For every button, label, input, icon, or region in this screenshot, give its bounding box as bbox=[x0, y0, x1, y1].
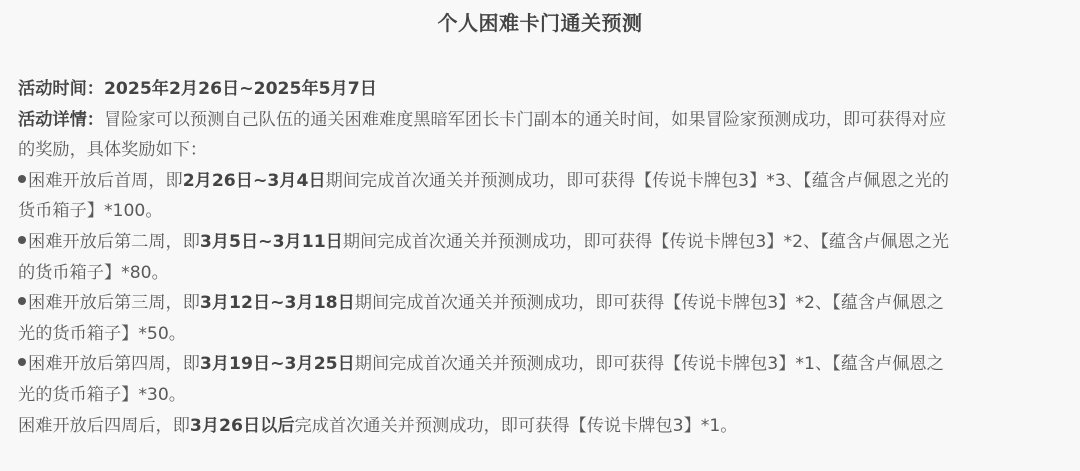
reward-item-cont: 光的货币箱子】*30。 bbox=[18, 380, 1062, 411]
reward-description: 期间完成首次通关并预测成功，即可获得【传说卡牌包3】*2、【蕴含卢佩恩之光 bbox=[343, 232, 949, 252]
final-reward-date: 3月26日以后 bbox=[190, 416, 295, 436]
reward-date-range: 3月19日~3月25日 bbox=[200, 354, 355, 374]
bullet-icon bbox=[18, 175, 26, 183]
reward-item: 困难开放后第二周，即3月5日~3月11日期间完成首次通关并预测成功，即可获得【传… bbox=[18, 227, 1062, 258]
activity-time-row: 活动时间：2025年2月26日~2025年5月7日 bbox=[18, 74, 1062, 105]
reward-item-cont: 光的货币箱子】*50。 bbox=[18, 319, 1062, 350]
activity-details-text: 冒险家可以预测自己队伍的通关困难难度黑暗军团长卡门副本的通关时间，如果冒险家预测… bbox=[104, 110, 946, 130]
reward-description: 期间完成首次通关并预测成功，即可获得【传说卡牌包3】*2、【蕴含卢佩恩之 bbox=[355, 293, 944, 313]
reward-description-cont: 货币箱子】*100。 bbox=[18, 201, 163, 221]
activity-time-value: 2025年2月26日~2025年5月7日 bbox=[104, 79, 377, 99]
reward-item: 困难开放后首周，即2月26日~3月4日期间完成首次通关并预测成功，即可获得【传说… bbox=[18, 166, 1062, 197]
reward-item-cont: 货币箱子】*100。 bbox=[18, 196, 1062, 227]
reward-description: 期间完成首次通关并预测成功，即可获得【传说卡牌包3】*1、【蕴含卢佩恩之 bbox=[355, 354, 944, 374]
reward-date-range: 3月12日~3月18日 bbox=[200, 293, 355, 313]
bullet-icon bbox=[18, 236, 26, 244]
announcement-page: 个人困难卡门通关预测 活动时间：2025年2月26日~2025年5月7日 活动详… bbox=[0, 0, 1080, 471]
final-reward-item: 困难开放后四周后，即3月26日以后完成首次通关并预测成功，即可获得【传说卡牌包3… bbox=[18, 411, 1062, 442]
activity-time-label: 活动时间： bbox=[18, 79, 104, 99]
reward-description-cont: 光的货币箱子】*50。 bbox=[18, 324, 186, 344]
activity-details-text-cont: 的奖励，具体奖励如下： bbox=[18, 140, 207, 160]
final-reward-description: 完成首次通关并预测成功，即可获得【传说卡牌包3】*1。 bbox=[295, 416, 738, 436]
reward-description-cont: 光的货币箱子】*30。 bbox=[18, 385, 186, 405]
reward-item: 困难开放后第三周，即3月12日~3月18日期间完成首次通关并预测成功，即可获得【… bbox=[18, 288, 1062, 319]
page-title: 个人困难卡门通关预测 bbox=[0, 8, 1080, 38]
reward-description: 期间完成首次通关并预测成功，即可获得【传说卡牌包3】*3、【蕴含卢佩恩之光的 bbox=[326, 171, 949, 191]
reward-description-cont: 的货币箱子】*80。 bbox=[18, 263, 169, 283]
reward-prefix: 困难开放后首周，即 bbox=[28, 171, 183, 191]
bullet-icon bbox=[18, 297, 26, 305]
reward-date-range: 3月5日~3月11日 bbox=[200, 232, 343, 252]
final-reward-prefix: 困难开放后四周后，即 bbox=[18, 416, 190, 436]
reward-prefix: 困难开放后第三周，即 bbox=[28, 293, 200, 313]
reward-date-range: 2月26日~3月4日 bbox=[183, 171, 326, 191]
activity-details-row-cont: 的奖励，具体奖励如下： bbox=[18, 135, 1062, 166]
reward-prefix: 困难开放后第二周，即 bbox=[28, 232, 200, 252]
announcement-body: 活动时间：2025年2月26日~2025年5月7日 活动详情：冒险家可以预测自己… bbox=[18, 74, 1062, 441]
reward-item: 困难开放后第四周，即3月19日~3月25日期间完成首次通关并预测成功，即可获得【… bbox=[18, 349, 1062, 380]
bullet-icon bbox=[18, 358, 26, 366]
activity-details-label: 活动详情： bbox=[18, 110, 104, 130]
activity-details-row: 活动详情：冒险家可以预测自己队伍的通关困难难度黑暗军团长卡门副本的通关时间，如果… bbox=[18, 105, 1062, 136]
reward-item-cont: 的货币箱子】*80。 bbox=[18, 258, 1062, 289]
reward-prefix: 困难开放后第四周，即 bbox=[28, 354, 200, 374]
